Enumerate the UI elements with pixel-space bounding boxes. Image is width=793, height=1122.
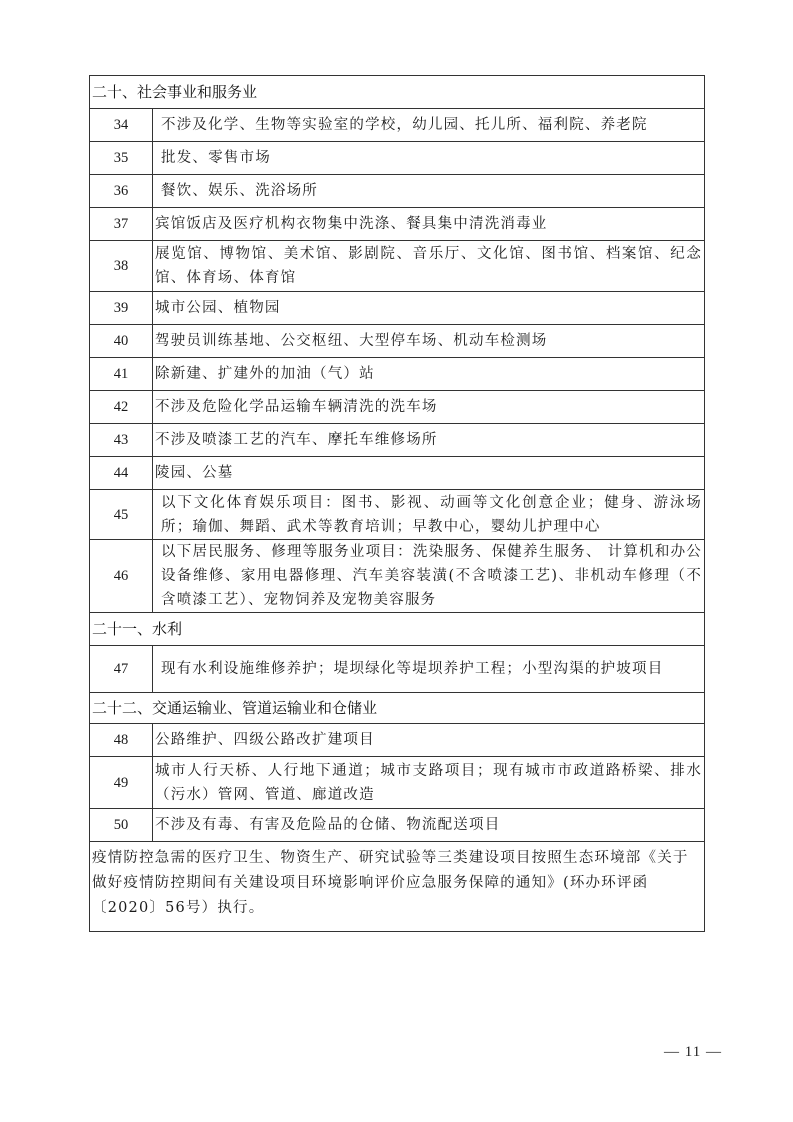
item-number: 47 (90, 646, 153, 693)
item-description: 宾馆饭店及医疗机构衣物集中洗涤、餐具集中清洗消毒业 (153, 208, 705, 241)
table-row: 50 不涉及有毒、有害及危险品的仓储、物流配送项目 (90, 809, 705, 842)
item-description: 不涉及有毒、有害及危险品的仓储、物流配送项目 (153, 809, 705, 842)
item-description: 公路维护、四级公路改扩建项目 (153, 724, 705, 757)
table-row: 41 除新建、扩建外的加油（气）站 (90, 358, 705, 391)
table-row: 37 宾馆饭店及医疗机构衣物集中洗涤、餐具集中清洗消毒业 (90, 208, 705, 241)
section-title: 二十一、水利 (90, 613, 705, 646)
item-description: 餐饮、娱乐、洗浴场所 (153, 175, 705, 208)
table-row: 38 展览馆、博物馆、美术馆、影剧院、音乐厅、文化馆、图书馆、档案馆、纪念馆、体… (90, 241, 705, 292)
item-number: 39 (90, 292, 153, 325)
table-body: 二十、社会事业和服务业 34 不涉及化学、生物等实验室的学校，幼儿园、托儿所、福… (90, 76, 705, 932)
item-number: 34 (90, 109, 153, 142)
item-description: 展览馆、博物馆、美术馆、影剧院、音乐厅、文化馆、图书馆、档案馆、纪念馆、体育场、… (153, 241, 705, 292)
epidemic-note: 疫情防控急需的医疗卫生、物资生产、研究试验等三类建设项目按照生态环境部《关于做好… (90, 842, 705, 932)
item-number: 38 (90, 241, 153, 292)
table-row: 34 不涉及化学、生物等实验室的学校，幼儿园、托儿所、福利院、养老院 (90, 109, 705, 142)
item-description: 城市公园、植物园 (153, 292, 705, 325)
table-row: 39 城市公园、植物园 (90, 292, 705, 325)
table-row: 49 城市人行天桥、人行地下通道；城市支路项目；现有城市市政道路桥梁、排水（污水… (90, 757, 705, 809)
item-number: 42 (90, 391, 153, 424)
item-description: 驾驶员训练基地、公交枢纽、大型停车场、机动车检测场 (153, 325, 705, 358)
item-number: 44 (90, 457, 153, 490)
item-description: 除新建、扩建外的加油（气）站 (153, 358, 705, 391)
item-number: 50 (90, 809, 153, 842)
item-description: 以下文化体育娱乐项目：图书、影视、动画等文化创意企业；健身、游泳场所；瑜伽、舞蹈… (153, 490, 705, 540)
page-number: — 11 — (664, 1044, 722, 1061)
item-description: 批发、零售市场 (153, 142, 705, 175)
item-number: 49 (90, 757, 153, 809)
item-description: 不涉及化学、生物等实验室的学校，幼儿园、托儿所、福利院、养老院 (153, 109, 705, 142)
item-number: 35 (90, 142, 153, 175)
item-number: 48 (90, 724, 153, 757)
section-header-row: 二十二、交通运输业、管道运输业和仓储业 (90, 693, 705, 724)
table-row: 42 不涉及危险化学品运输车辆清洗的洗车场 (90, 391, 705, 424)
table-row: 36 餐饮、娱乐、洗浴场所 (90, 175, 705, 208)
item-number: 36 (90, 175, 153, 208)
item-description: 陵园、公墓 (153, 457, 705, 490)
item-description: 不涉及危险化学品运输车辆清洗的洗车场 (153, 391, 705, 424)
item-number: 46 (90, 540, 153, 613)
item-number: 37 (90, 208, 153, 241)
table-row: 43 不涉及喷漆工艺的汽车、摩托车维修场所 (90, 424, 705, 457)
item-number: 45 (90, 490, 153, 540)
section-header-row: 二十一、水利 (90, 613, 705, 646)
section-header-row: 二十、社会事业和服务业 (90, 76, 705, 109)
table-row: 48 公路维护、四级公路改扩建项目 (90, 724, 705, 757)
item-description: 不涉及喷漆工艺的汽车、摩托车维修场所 (153, 424, 705, 457)
item-number: 43 (90, 424, 153, 457)
table-row: 35 批发、零售市场 (90, 142, 705, 175)
table-row: 40 驾驶员训练基地、公交枢纽、大型停车场、机动车检测场 (90, 325, 705, 358)
table-row: 45 以下文化体育娱乐项目：图书、影视、动画等文化创意企业；健身、游泳场所；瑜伽… (90, 490, 705, 540)
section-title: 二十二、交通运输业、管道运输业和仓储业 (90, 693, 705, 724)
table-row: 47 现有水利设施维修养护；堤坝绿化等堤坝养护工程；小型沟渠的护坡项目 (90, 646, 705, 693)
table-row: 46 以下居民服务、修理等服务业项目：洗染服务、保健养生服务、 计算机和办公设备… (90, 540, 705, 613)
item-description: 以下居民服务、修理等服务业项目：洗染服务、保健养生服务、 计算机和办公设备维修、… (153, 540, 705, 613)
table-row: 44 陵园、公墓 (90, 457, 705, 490)
note-row: 疫情防控急需的医疗卫生、物资生产、研究试验等三类建设项目按照生态环境部《关于做好… (90, 842, 705, 932)
item-description: 城市人行天桥、人行地下通道；城市支路项目；现有城市市政道路桥梁、排水（污水）管网… (153, 757, 705, 809)
project-list-table: 二十、社会事业和服务业 34 不涉及化学、生物等实验室的学校，幼儿园、托儿所、福… (89, 75, 705, 932)
item-description: 现有水利设施维修养护；堤坝绿化等堤坝养护工程；小型沟渠的护坡项目 (153, 646, 705, 693)
item-number: 40 (90, 325, 153, 358)
section-title: 二十、社会事业和服务业 (90, 76, 705, 109)
item-number: 41 (90, 358, 153, 391)
